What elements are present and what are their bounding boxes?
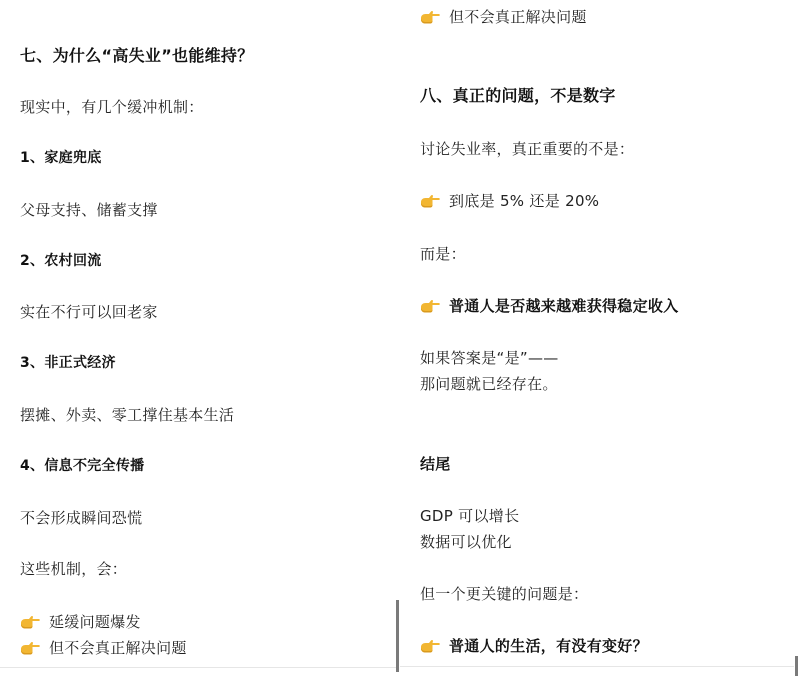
- transition-text: 而是：: [420, 244, 466, 264]
- mechanism-desc: 父母支持、储蓄支撑: [20, 200, 158, 220]
- final-bullet-point: 普通人的生活，有没有变好？: [420, 636, 648, 656]
- mechanism-desc: 不会形成瞬间恐慌: [20, 508, 142, 528]
- ending-question-lead: 但一个更关键的问题是：: [420, 584, 588, 604]
- pointing-hand-icon: [420, 299, 440, 313]
- pointing-hand-icon: [420, 639, 440, 653]
- mechanism-title: 4、信息不完全传播: [20, 456, 144, 476]
- bullet-text: 到底是 5% 还是 20%: [449, 191, 599, 211]
- ending-heading: 结尾: [420, 454, 451, 474]
- bullet-text: 普通人的生活，有没有变好？: [449, 636, 648, 656]
- section-heading-7: 七、为什么“高失业”也能维持？: [20, 46, 254, 66]
- scrollbar-thumb[interactable]: [795, 656, 798, 676]
- bullet-text: 但不会真正解决问题: [49, 638, 187, 658]
- bullet-point: 但不会真正解决问题: [20, 638, 187, 658]
- right-article-panel: 但不会真正解决问题 八、真正的问题，不是数字 讨论失业率，真正重要的不是： 到底…: [400, 0, 800, 676]
- intro-text: 讨论失业率，真正重要的不是：: [420, 139, 634, 159]
- mechanism-title: 1、家庭兜底: [20, 148, 102, 168]
- bullet-point: 到底是 5% 还是 20%: [420, 191, 599, 211]
- screenshot-stage: 七、为什么“高失业”也能维持？ 现实中，有几个缓冲机制： 1、家庭兜底 父母支持…: [0, 0, 800, 676]
- bullet-point-bold: 普通人是否越来越难获得稳定收入: [420, 296, 679, 316]
- mechanism-title: 2、农村回流: [20, 251, 102, 271]
- bottom-rule-left: [0, 667, 396, 668]
- intro-text: 现实中，有几个缓冲机制：: [20, 97, 204, 117]
- pointing-hand-icon: [420, 10, 440, 24]
- ending-line: 数据可以优化: [420, 532, 512, 552]
- bullet-point: 延缓问题爆发: [20, 612, 141, 632]
- bullet-text: 延缓问题爆发: [49, 612, 141, 632]
- section-heading-8: 八、真正的问题，不是数字: [420, 86, 616, 106]
- mechanism-title: 3、非正式经济: [20, 353, 116, 373]
- bottom-rule-right: [400, 666, 794, 667]
- answer-line: 那问题就已经存在。: [420, 374, 558, 394]
- answer-line: 如果答案是“是”——: [420, 348, 559, 368]
- pointing-hand-icon: [420, 194, 440, 208]
- panel-divider: [396, 600, 399, 672]
- mechanism-desc: 实在不行可以回老家: [20, 302, 158, 322]
- conclusion-lead: 这些机制，会：: [20, 559, 127, 579]
- pointing-hand-icon: [20, 615, 40, 629]
- left-article-panel: 七、为什么“高失业”也能维持？ 现实中，有几个缓冲机制： 1、家庭兜底 父母支持…: [0, 0, 397, 676]
- pointing-hand-icon: [20, 641, 40, 655]
- mechanism-desc: 摆摊、外卖、零工撑住基本生活: [20, 405, 234, 425]
- ending-line: GDP 可以增长: [420, 506, 519, 526]
- bullet-text: 普通人是否越来越难获得稳定收入: [449, 296, 679, 316]
- bullet-point: 但不会真正解决问题: [420, 7, 587, 27]
- bullet-text: 但不会真正解决问题: [449, 7, 587, 27]
